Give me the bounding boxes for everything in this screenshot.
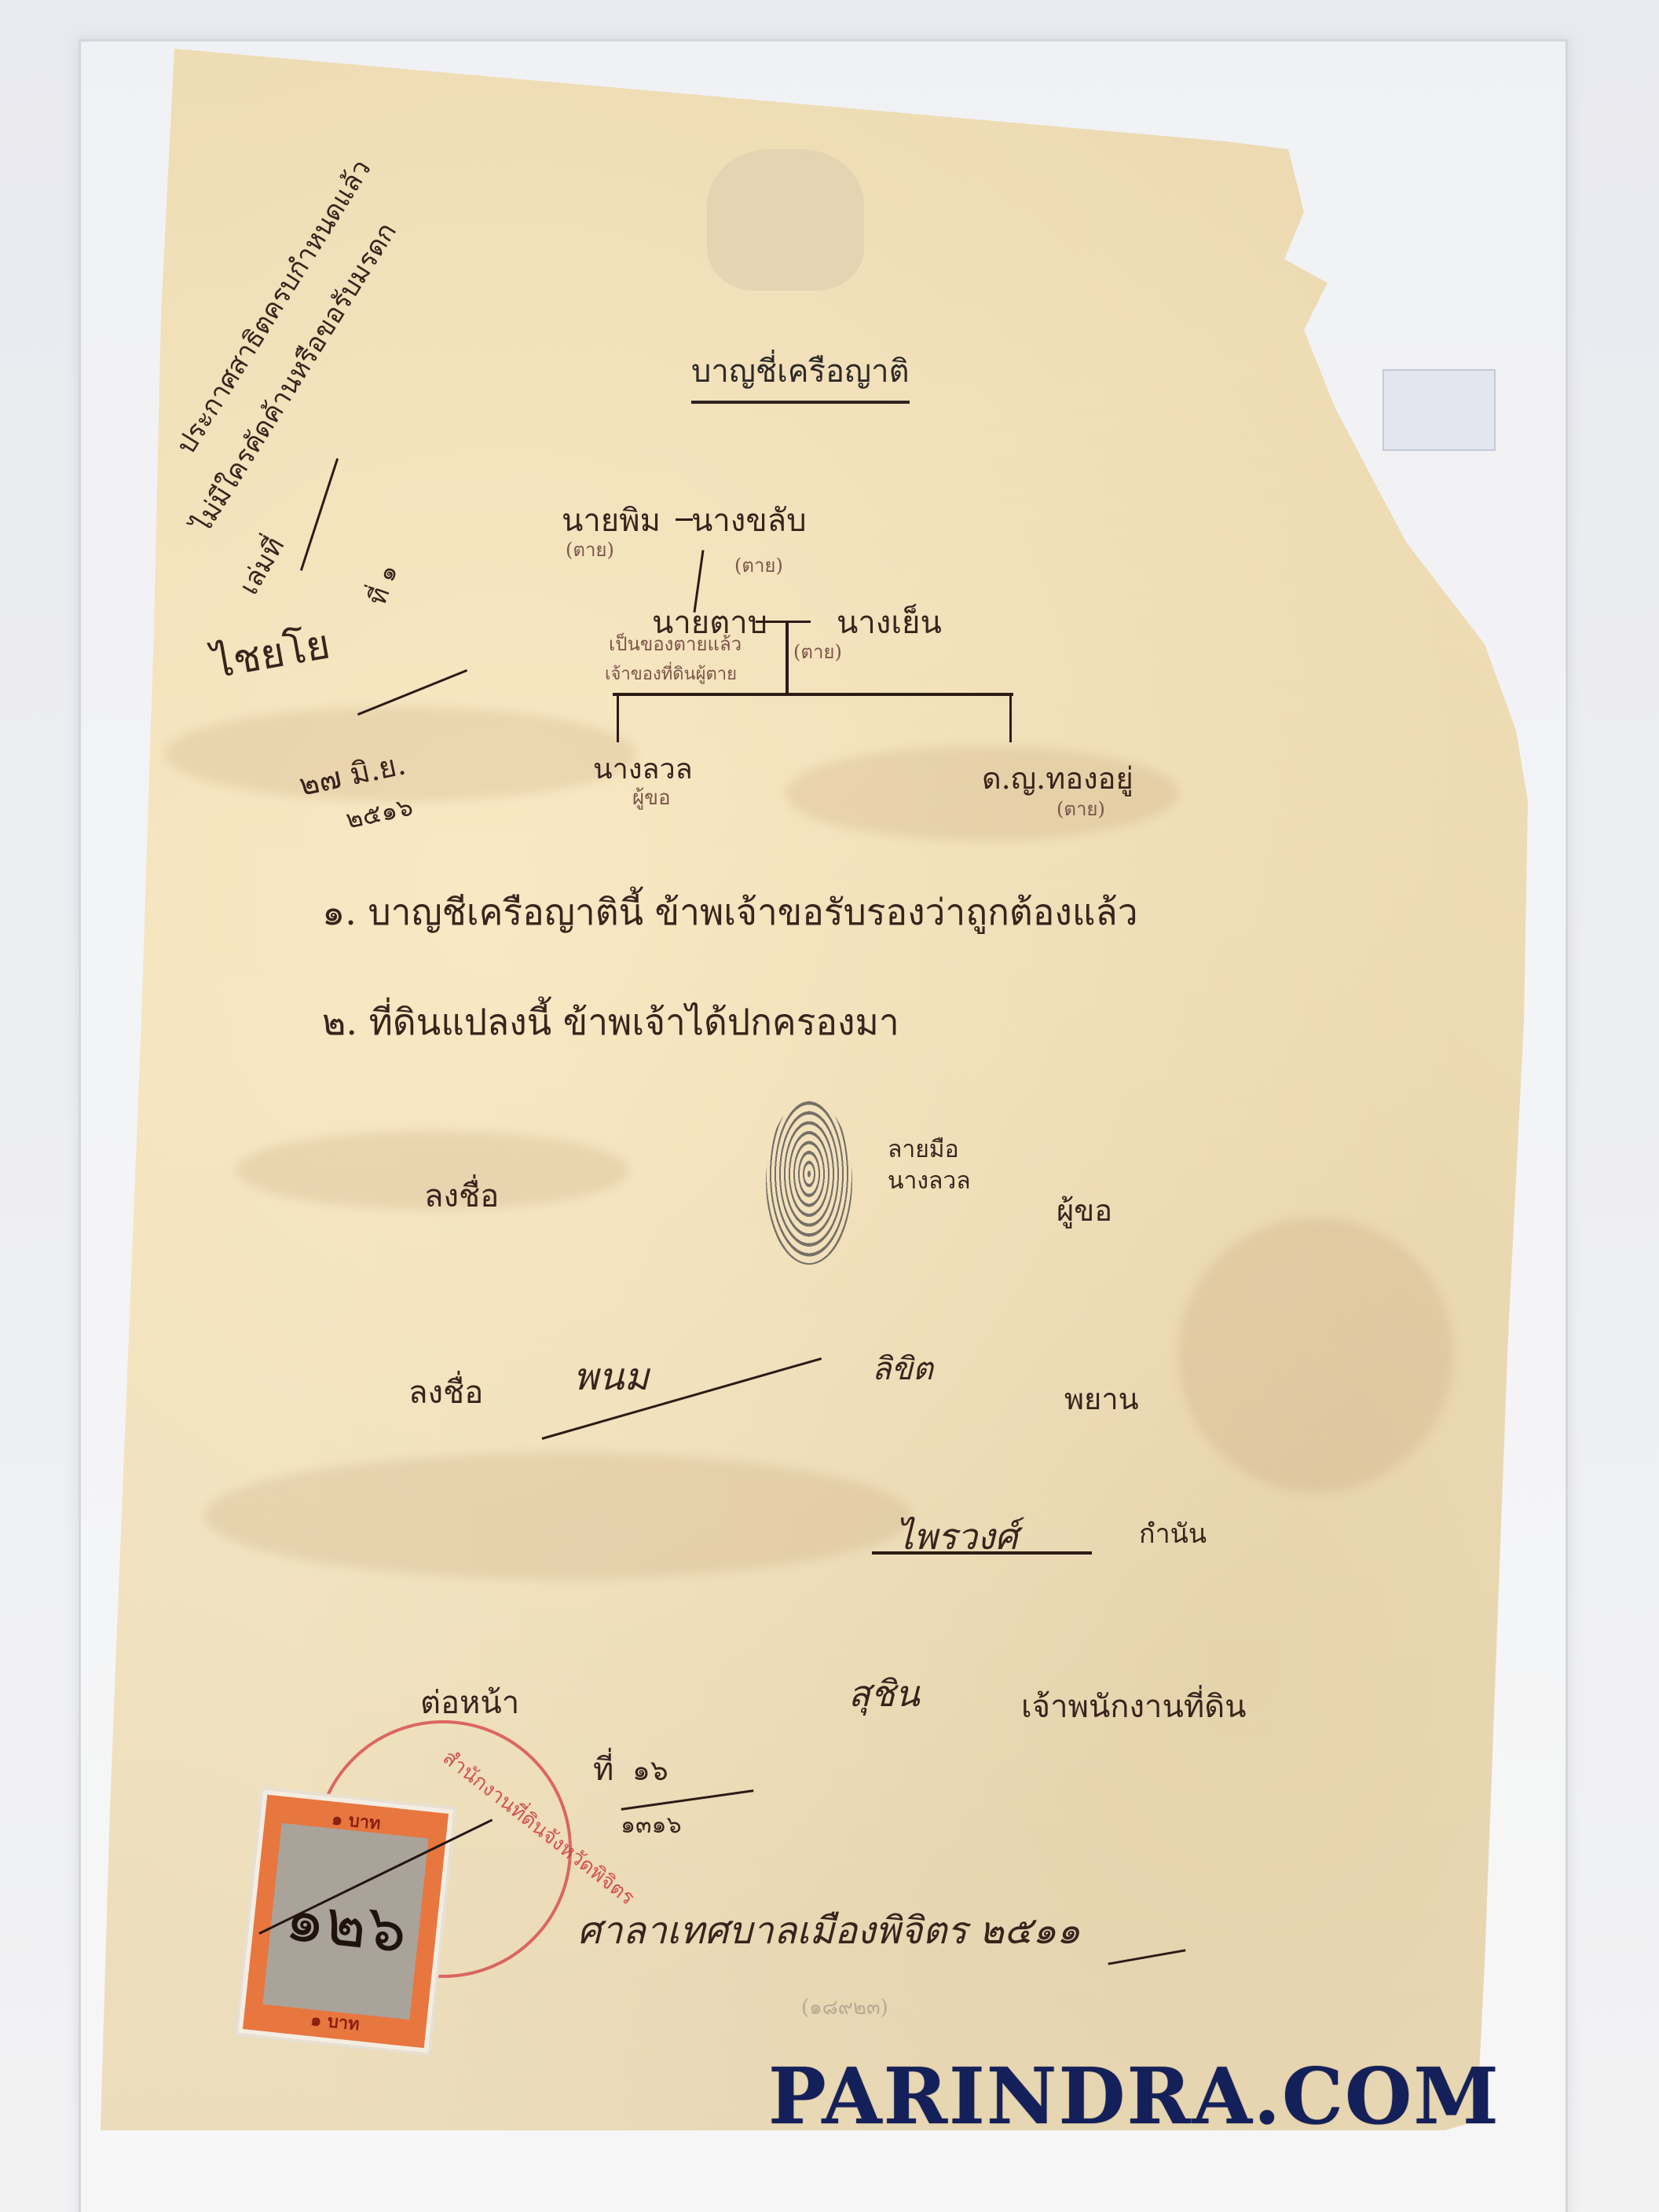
statement-2: ๒. ที่ดินแปลงนี้ ข้าพเจ้าได้ปกครองมา	[322, 994, 899, 1051]
second-witness-signature: ไพรวงศ์	[895, 1508, 1018, 1566]
tree-mother-status: (ตาย)	[793, 636, 842, 667]
date-fraction-top: ๑๖	[632, 1748, 668, 1793]
date-fraction-bottom: ๑๓๑๖	[621, 1807, 682, 1844]
document-title: บาญชี่เครือญาติ	[691, 346, 910, 404]
applicant-sign-label: ลงชื่อ	[424, 1170, 499, 1221]
tree-child-1-note: ผู้ขอ	[632, 782, 671, 814]
officer-signature: สุชิน	[848, 1665, 920, 1723]
stamp-overwrite: ๑๒๖	[280, 1868, 412, 1979]
applicant-role: ผู้ขอ	[1057, 1186, 1112, 1234]
tree-child-2-status: (ตาย)	[1057, 793, 1105, 824]
statement-1: ๑. บาญชีเครือญาตินี้ ข้าพเจ้าขอรับรองว่า…	[322, 884, 1138, 941]
second-witness-role: กำนัน	[1139, 1512, 1207, 1555]
garuda-emblem-embossed	[707, 149, 864, 291]
revenue-stamp: ๑ บาท ๑๒๖ ๑ บาท	[237, 1789, 453, 2053]
witness-role: พยาน	[1064, 1375, 1139, 1423]
witness-extra: ลิขิต	[872, 1343, 933, 1393]
tree-grandmother-status: (ตาย)	[734, 550, 783, 580]
printed-footer-code: (๑๘๙๒๓)	[801, 1991, 888, 2023]
officer-role: เจ้าพนักงานที่ดิน	[1021, 1681, 1247, 1731]
date-prefix: ที่	[593, 1744, 613, 1794]
tree-grandmother: นางขลับ	[691, 495, 807, 545]
tree-father-note: เป็นของตายแล้ว	[609, 628, 742, 659]
witness-sign-label: ลงชื่อ	[408, 1367, 483, 1417]
tree-grandfather-status: (ตาย)	[566, 534, 614, 565]
sleeve-label-tab	[1382, 369, 1496, 451]
watermark-logo[interactable]: PARINDRA.COM	[768, 2052, 1500, 2142]
fingerprint	[766, 1100, 852, 1265]
fingerprint-caption-2: นางลวล	[888, 1163, 971, 1199]
tree-mother: นางเย็น	[837, 597, 942, 647]
tree-father-note-2: เจ้าของที่ดินผู้ตาย	[605, 660, 737, 687]
witness-signature: พนม	[573, 1347, 649, 1407]
location-line: ศาลาเทศบาลเมืองพิจิตร ๒๕๑๑	[577, 1901, 1080, 1961]
